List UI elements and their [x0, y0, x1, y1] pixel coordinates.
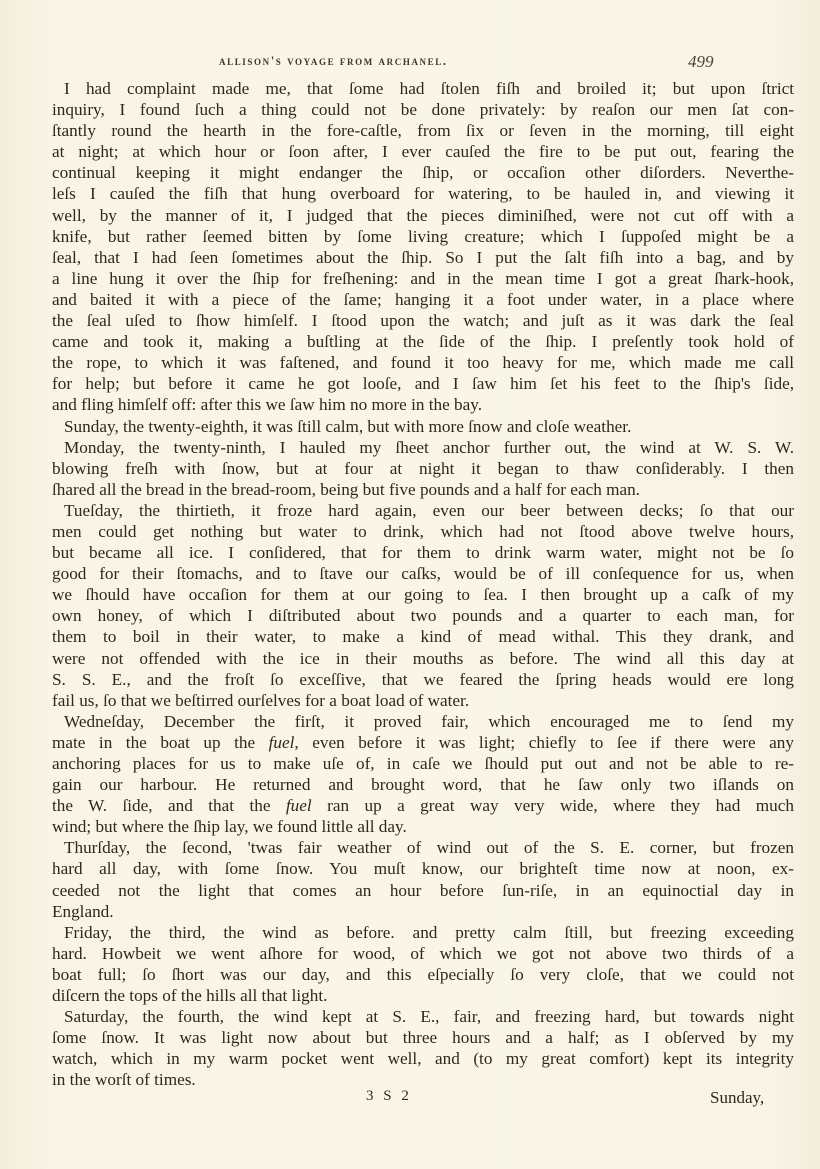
text-line: but became all ice. I conſidered, that f… — [52, 542, 794, 563]
text-line: boat full; ſo ſhort was our day, and thi… — [52, 964, 794, 985]
text-line: Friday, the third, the wind as before. a… — [52, 922, 794, 943]
text-line: ſome ſnow. It was light now about but th… — [52, 1027, 794, 1048]
book-page: ALLISON'S VOYAGE FROM ARCHANEL. 499 I ha… — [0, 0, 820, 1169]
text-line: S. S. E., and the froſt ſo exceſſive, th… — [52, 669, 794, 690]
signature-mark: 3 S 2 — [366, 1088, 412, 1105]
text-line: were not offended with the ice in their … — [52, 648, 794, 669]
italic-word: fuel — [286, 796, 312, 815]
text-line: Tueſday, the thirtieth, it froze hard ag… — [52, 500, 794, 521]
text-line: ſtantly round the hearth in the fore-caſ… — [52, 120, 794, 141]
text-line: inquiry, I found ſuch a thing could not … — [52, 99, 794, 120]
text-line: them to boil in their water, to make a k… — [52, 626, 794, 647]
text-line: anchoring places for us to make uſe of, … — [52, 753, 794, 774]
text-line: well, by the manner of it, I judged that… — [52, 205, 794, 226]
text-line: I had complaint made me, that ſome had ſ… — [52, 78, 794, 99]
text-line: ceeded not the light that comes an hour … — [52, 880, 794, 901]
page-number: 499 — [688, 52, 714, 72]
text-line: the rope, to which it was faſtened, and … — [52, 352, 794, 373]
text-line: good for their ſtomachs, and to ſtave ou… — [52, 563, 794, 584]
text-line: a line hung it over the ſhip for freſhen… — [52, 268, 794, 289]
catchword: Sunday, — [710, 1088, 764, 1108]
text-line: hard. Howbeit we went aſhore for wood, o… — [52, 943, 794, 964]
text-line: Saturday, the fourth, the wind kept at S… — [52, 1006, 794, 1027]
text-line: ſeal, that I had ſeen ſometimes about th… — [52, 247, 794, 268]
text-line: continual keeping it might endanger the … — [52, 162, 794, 183]
page-footer: 3 S 2 Sunday, — [0, 1088, 820, 1112]
text-line: ſhared all the bread in the bread-room, … — [52, 479, 794, 500]
text-line: Sunday, the twenty-eighth, it was ſtill … — [52, 416, 794, 437]
text-line: leſs I cauſed the fiſh that hung overboa… — [52, 183, 794, 204]
text-line: came and took it, making a buſtling at t… — [52, 331, 794, 352]
text-line: own honey, of which I diſtributed about … — [52, 605, 794, 626]
body-text: I had complaint made me, that ſome had ſ… — [52, 78, 794, 1091]
text-line: watch, which in my warm pocket went well… — [52, 1048, 794, 1069]
text-line: wind; but where the ſhip lay, we found l… — [52, 816, 794, 837]
text-line: gain our harbour. He returned and brough… — [52, 774, 794, 795]
text-line: diſcern the tops of the hills all that l… — [52, 985, 794, 1006]
running-head-title: ALLISON'S VOYAGE FROM ARCHANEL. — [219, 54, 448, 69]
running-head: ALLISON'S VOYAGE FROM ARCHANEL. 499 — [0, 52, 820, 76]
italic-word: fuel — [269, 733, 295, 752]
text-line: men could get nothing but water to drink… — [52, 521, 794, 542]
text-line: England. — [52, 901, 794, 922]
text-line: for help; but before it came he got looſ… — [52, 373, 794, 394]
text-line: we ſhould have occaſion for them at our … — [52, 584, 794, 605]
text-line: and baited it with a piece of the ſame; … — [52, 289, 794, 310]
text-line: Thurſday, the ſecond, 'twas fair weather… — [52, 837, 794, 858]
text-line: Wedneſday, December the firſt, it proved… — [52, 711, 794, 732]
text-line: and fling himſelf off: after this we ſaw… — [52, 394, 794, 415]
text-line: the W. ſide, and that the fuel ran up a … — [52, 795, 794, 816]
text-line: blowing freſh with ſnow, but at four at … — [52, 458, 794, 479]
text-line: at night; at which hour or ſoon after, I… — [52, 141, 794, 162]
text-line: the ſeal uſed to ſhow himſelf. I ſtood u… — [52, 310, 794, 331]
text-line: fail us, ſo that we beſtirred ourſelves … — [52, 690, 794, 711]
text-line: knife, but rather ſeemed bitten by ſome … — [52, 226, 794, 247]
text-line: hard all day, with ſome ſnow. You muſt k… — [52, 858, 794, 879]
text-line: mate in the boat up the fuel, even befor… — [52, 732, 794, 753]
text-line: Monday, the twenty-ninth, I hauled my ſh… — [52, 437, 794, 458]
